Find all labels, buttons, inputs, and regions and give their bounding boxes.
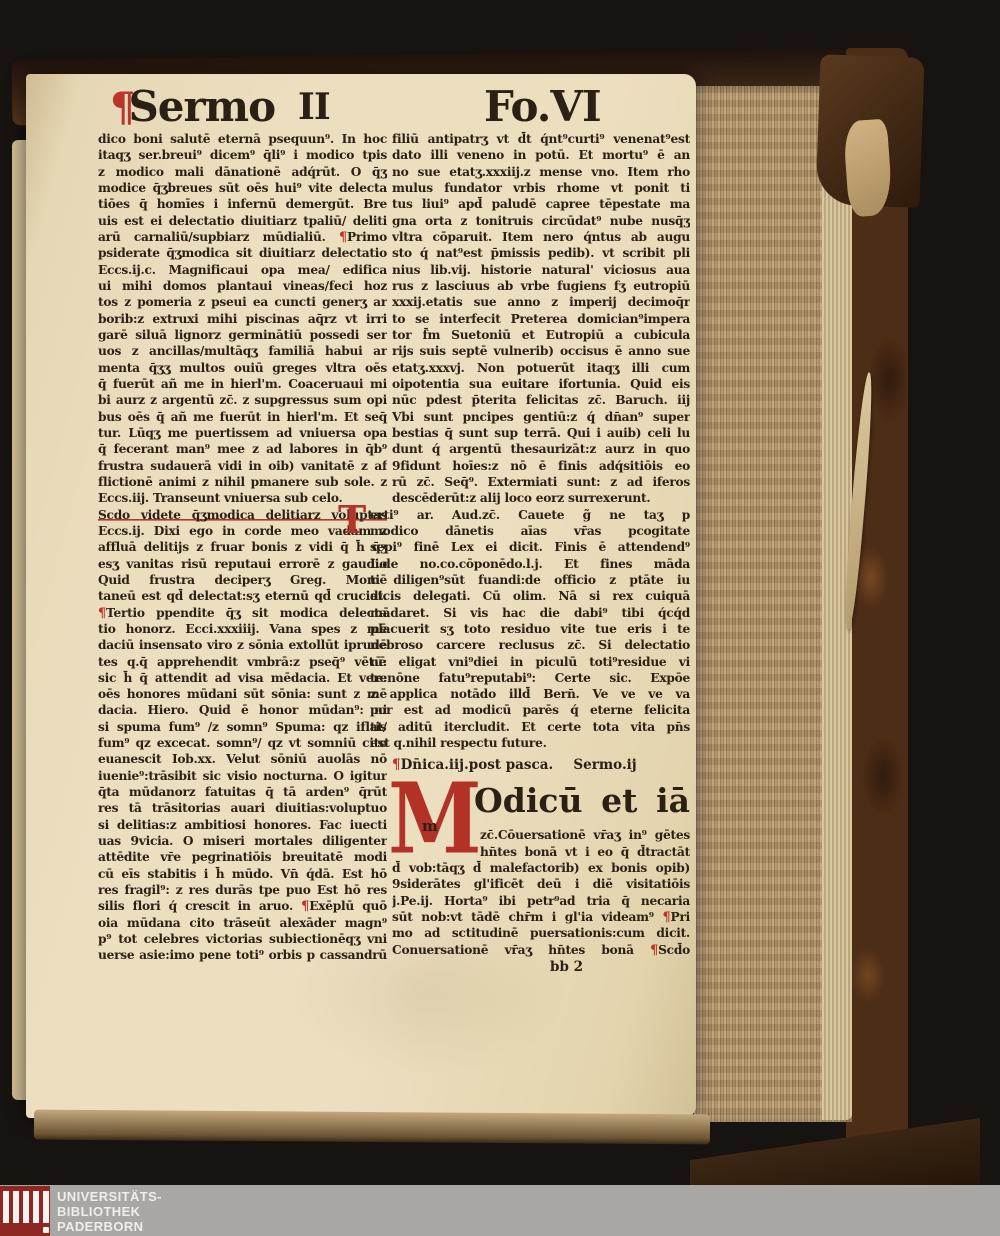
text-line: 9siderātes gl'ificēt deū i diē visitatiō…	[392, 876, 690, 892]
library-name: UNIVERSITÄTS- BIBLIOTHEK PADERBORN	[57, 1189, 162, 1234]
text-column-right: filiū antipatrʒ vt d̄t q́nt⁹curti⁹ venen…	[392, 131, 690, 976]
right-block-1: filiū antipatrʒ vt d̄t q́nt⁹curti⁹ venen…	[392, 131, 690, 507]
logo-bar-icon	[23, 1191, 29, 1223]
text-line: oipotentia sua euitare ifortunia. Quid e…	[392, 376, 690, 392]
library-name-line: PADERBORN	[57, 1219, 162, 1234]
paraph-mark-icon: ¶	[339, 230, 347, 245]
text-line: rijs suis septē vulnerib) occisus ē anno…	[392, 343, 690, 359]
text-line: tis aditū itercludit. Et certe tota vita…	[370, 719, 690, 735]
text-line: filiū antipatrʒ vt d̄t q́nt⁹curti⁹ venen…	[392, 131, 690, 147]
text-line: psiderate q̄ʒmodica sit diuitiarz delect…	[98, 245, 387, 261]
text-line: 9fidunt hoīes:z nō ē finis adq́sitiōis e…	[392, 458, 690, 474]
text-line: dicis delegati. Cū olim. Nā si rex cuiqu…	[370, 588, 690, 604]
tertius-lines: erti⁹ ar. Aud.zc̄. Cauete g̃ ne taʒ pmod…	[370, 507, 690, 752]
text-line: z applica notādo illd̄ Bern̄. Ve ve ve v…	[370, 686, 690, 702]
book-bottom-leather	[690, 1118, 980, 1186]
text-line: zc̄.Cōuersationē vr̄aʒ in⁹ gētes	[480, 827, 690, 843]
text-line: tus liui⁹ apd̄ paludē capree tēpestate m…	[392, 196, 690, 212]
text-line: garē siluā lignorz germinātiū possedi se…	[98, 327, 387, 343]
text-line: affluā delitijs z fruar bonis z vidi q̄ …	[98, 539, 387, 555]
text-line: nē eligat vni⁹diei in piculū toti⁹residu…	[370, 654, 690, 670]
logo-bar-icon	[3, 1191, 9, 1223]
text-line: tur. Lūqʒ me puertissem ad vniuersa opa	[98, 425, 387, 441]
sermon-number: II	[298, 86, 330, 128]
text-line: est q.nihil respectu future.	[370, 735, 690, 751]
text-line: oēs honores mūdani sūt sōnia: sunt z mē	[98, 686, 387, 702]
text-line: por est ad modicū parēs q́ eterne felici…	[370, 702, 690, 718]
text-line: modico dānetis aīas vr̄as pcogitate	[370, 523, 690, 539]
text-line: tiōes q̄ homīes i infernū demergūt. Bre	[98, 196, 387, 212]
text-line: fum⁹ qz excecat. somn⁹/ qz vt somniū cit…	[98, 735, 387, 751]
text-line: itaqʒ ser.breui⁹ dicem⁹ q̄li⁹ i modico t…	[98, 147, 387, 163]
text-line: si spuma fum⁹ /z somn⁹ Spuma: qz iflat/	[98, 719, 387, 735]
text-line: q̄ fuerūt añ me in hierl'm. Coaceruaui m…	[98, 376, 387, 392]
text-line: res tā trāsitorias auari diuitias:volupt…	[98, 800, 387, 816]
text-line: res fragil⁹: z res durās tpe puo Est hō …	[98, 882, 387, 898]
logo-dot-icon	[43, 1227, 49, 1233]
text-line: sepi⁹ finē Lex ei dicit. Finis ē attende…	[370, 539, 690, 555]
text-line: nebroso carcere reclusus zc̄. Si delecta…	[370, 637, 690, 653]
modicum-indented-lines: zc̄.Cōuersationē vr̄aʒ in⁹ gēteshn̄tes b…	[480, 827, 690, 860]
paraph-mark-icon: ¶	[650, 943, 658, 958]
logo-bar-icon	[33, 1191, 39, 1223]
tertius-paragraph: T erti⁹ ar. Aud.zc̄. Cauete g̃ ne taʒ pm…	[370, 507, 690, 752]
quire-signature: bb 2	[550, 958, 690, 976]
text-line: silis flori q́ crescit in aruo. ¶Exēplū …	[98, 898, 387, 914]
folio-number: Fo.VI	[484, 82, 601, 131]
text-line: modice q̄ʒbreues sūt oēs hui⁹ vite delec…	[98, 180, 387, 196]
text-line: tes q.q̄ apprehendit vmbrā:z pseq̄⁹ vētū…	[98, 654, 387, 670]
modicum-sermon-start: M m Odicū et iā zc̄.Cōuersationē vr̄aʒ i…	[392, 779, 690, 958]
text-line: q̄ fecerant man⁹ mee z ad labores in q̄b…	[98, 441, 387, 457]
guide-letter-m: m	[422, 819, 438, 834]
text-line: tor f̄m Suetoniū et Eutropiū a cubicula	[392, 327, 690, 343]
text-line: bestias q̄ sunt sup terrā. Qui i auib) c…	[392, 425, 690, 441]
text-line: p⁹ tot celebres victorias subiectionēqʒ …	[98, 931, 387, 947]
text-line: gna orta z tonitruis circūdat⁹ nube nusq…	[392, 213, 690, 229]
text-line: dato illi veneno in potū. Et mortu⁹ ē an	[392, 147, 690, 163]
text-line: z modico mali dānationē adq́rūt. O q̄ʒ	[98, 164, 387, 180]
logo-bar-icon	[43, 1191, 49, 1223]
text-line: cū eīs stabitis i h̄ mūdo. Vn̄ q́dā. Est…	[98, 866, 387, 882]
text-line: nius lib.vij. historie natural' viciosus…	[392, 262, 690, 278]
text-line: dico boni salutē eternā psequun⁹. In hoc	[98, 131, 387, 147]
text-line: rū zc̄. Seq̄⁹. Extermiati sunt: z ad ife…	[392, 474, 690, 490]
text-line: uos z ancillas/multāqʒ familiā habui ar	[98, 343, 387, 359]
text-line: sic h̄ q̄ attendit ad visa mēdacia. Et v…	[98, 670, 387, 686]
text-line: mādaret. Si vis hac die dabi⁹ tibi q́cq́…	[370, 605, 690, 621]
text-line: sto q́ nat⁹est p̄missis pedib). vt scrib…	[392, 245, 690, 261]
text-line: taneū est qd̄ delectat:sʒ eternū qd̄ cru…	[98, 588, 387, 604]
text-line: bi aurz z argentū zc̄. z supgressus sum …	[98, 392, 387, 408]
text-line: xxxij.etatis sue anno z imperij decimoq̄…	[392, 294, 690, 310]
text-line: esʒ vanitas risū reputaui errorē z gaudi…	[98, 556, 387, 572]
header-title: ¶Sermo	[110, 82, 275, 131]
library-logo	[0, 1186, 50, 1236]
library-name-line: BIBLIOTHEK	[57, 1204, 162, 1219]
text-line: tio honorz. Ecci.xxxiiij. Vana spes z mē	[98, 621, 387, 637]
text-line: mo ad sctitudinē puersationis:cum dicit.	[392, 925, 690, 941]
text-line: vltra cōparuit. Item nero q́ntus ab augu	[392, 229, 690, 245]
incipit-display-line: Odicū et iā	[474, 779, 690, 827]
text-line: sūt nob:vt tādē chr̄m i gl'ia videam⁹ ¶P…	[392, 909, 690, 925]
text-line: ui mihi domos plantaui vineas/feci hoz	[98, 278, 387, 294]
paraph-mark-icon: ¶	[663, 910, 671, 925]
text-line: tos z pomeria z pseui ea cuncti generʒ a…	[98, 294, 387, 310]
digitized-book-photo: { "palette":{"ink":"#2a2014","rubric_red…	[0, 0, 1000, 1236]
text-line: daciū insensato viro z sōnia extollūt ip…	[98, 637, 387, 653]
text-line: bus oēs q̄ añ me fuerūt in hierl'm. Et s…	[98, 409, 387, 425]
text-line: descēderūt:z alij loco eorz surrexerunt.	[392, 490, 690, 506]
text-line: q̄ta mūdanorz fatuitas q̄ tā arden⁹ q̄rū…	[98, 784, 387, 800]
paraph-mark-icon: ¶	[98, 606, 106, 621]
text-line: dunt q́ argentū thesaurizāt:z aurz in qu…	[392, 441, 690, 457]
header-title-text: Sermo	[128, 82, 275, 131]
text-line: mulus fundator vrbis rhome vt ponit ti	[392, 180, 690, 196]
text-line: erti⁹ ar. Aud.zc̄. Cauete g̃ ne taʒ p	[370, 507, 690, 523]
text-line: uas 9vicia. O miseri mortales diligenter	[98, 833, 387, 849]
text-line: uerse asie:imo pene toti⁹ orbis p cassan…	[98, 947, 387, 963]
paraph-mark-icon: ¶	[301, 899, 309, 914]
text-line: te:nōne fatu⁹reputabi⁹: Certe sic. Expōe	[370, 670, 690, 686]
text-line: iuenie⁹:trāsibit sic visio nocturna. O i…	[98, 768, 387, 784]
text-line: oia mūdana cito trāseūt alexāder magn⁹	[98, 915, 387, 931]
text-line: arū carnaliū/supbiarz mūdialiū. ¶Primo	[98, 229, 387, 245]
red-initial-T: T	[338, 503, 366, 537]
text-line: etatʒ.xxxvj. Non potuerūt itaqʒ illi cum	[392, 360, 690, 376]
text-line: hn̄tes bonā vt i eo q̄ d̄tractāt	[480, 844, 690, 860]
text-line: Vbi sunt pncipes gentiū:z q́ dn̄an⁹ supe…	[392, 409, 690, 425]
text-line: Eccs.ij.c. Magnificaui opa mea/ edifica	[98, 262, 387, 278]
text-line: euanescit Iob.xx. Velut sōniū auolās nō	[98, 751, 387, 767]
text-line: attēdite vr̄e pegrinatiōis breuitatē mod…	[98, 849, 387, 865]
text-line: flictionē animi z nihil pmanere sub sole…	[98, 474, 387, 490]
text-column-left: dico boni salutē eternā psequun⁹. In hoc…	[98, 131, 387, 964]
text-line: to se interfecit Preterea domician⁹imper…	[392, 311, 690, 327]
text-line: j.Pe.ij. Horta⁹ ibi petr⁹ad tria q̄ neca…	[392, 893, 690, 909]
text-line: frustra sudauerā vidi in oib) vanitatē z…	[98, 458, 387, 474]
running-header: ¶Sermo II Fo.VI	[26, 82, 696, 132]
text-line: ti diligen⁹sūt fuandi:de officio z ptāte…	[370, 572, 690, 588]
page-content: ¶Sermo II Fo.VI dico boni salutē eternā …	[26, 74, 696, 1118]
text-line: Quid frustra deciperʒ Greg. Momē	[98, 572, 387, 588]
logo-bar-icon	[13, 1191, 19, 1223]
text-line: Conuersationē vr̄aʒ hn̄tes bonā ¶Scd̄o	[392, 942, 690, 958]
text-line: ¶Tertio ppendite q̄ʒ sit modica delecta	[98, 605, 387, 621]
text-line: dacia. Hiero. Quid ē honor mūdan⁹: ni	[98, 702, 387, 718]
text-line: si delitias:z ambitiosi honores. Fac iue…	[98, 817, 387, 833]
text-line: menta q̄ʒʒ multos ouiū greges vltra oēs	[98, 360, 387, 376]
text-line: no sue etatʒ.xxxiij.z mense vno. Item rh…	[392, 164, 690, 180]
text-line: rus z lasciuus ab vrbe fugiens fʒ eutrop…	[392, 278, 690, 294]
library-name-line: UNIVERSITÄTS-	[57, 1189, 162, 1204]
text-line: uis est ei delectatio diuitiarz tpaliū/ …	[98, 213, 387, 229]
text-line: L.de no.co.cōponēdo.l.j. Et fines māda	[370, 556, 690, 572]
text-line: nūc pdest p̄terita felicitas zc̄. Baruch…	[392, 392, 690, 408]
text-line: placuerit sʒ toto residuo vite tue eris …	[370, 621, 690, 637]
text-line: borib:z extruxi mihi piscinas aq̄rz vt i…	[98, 311, 387, 327]
